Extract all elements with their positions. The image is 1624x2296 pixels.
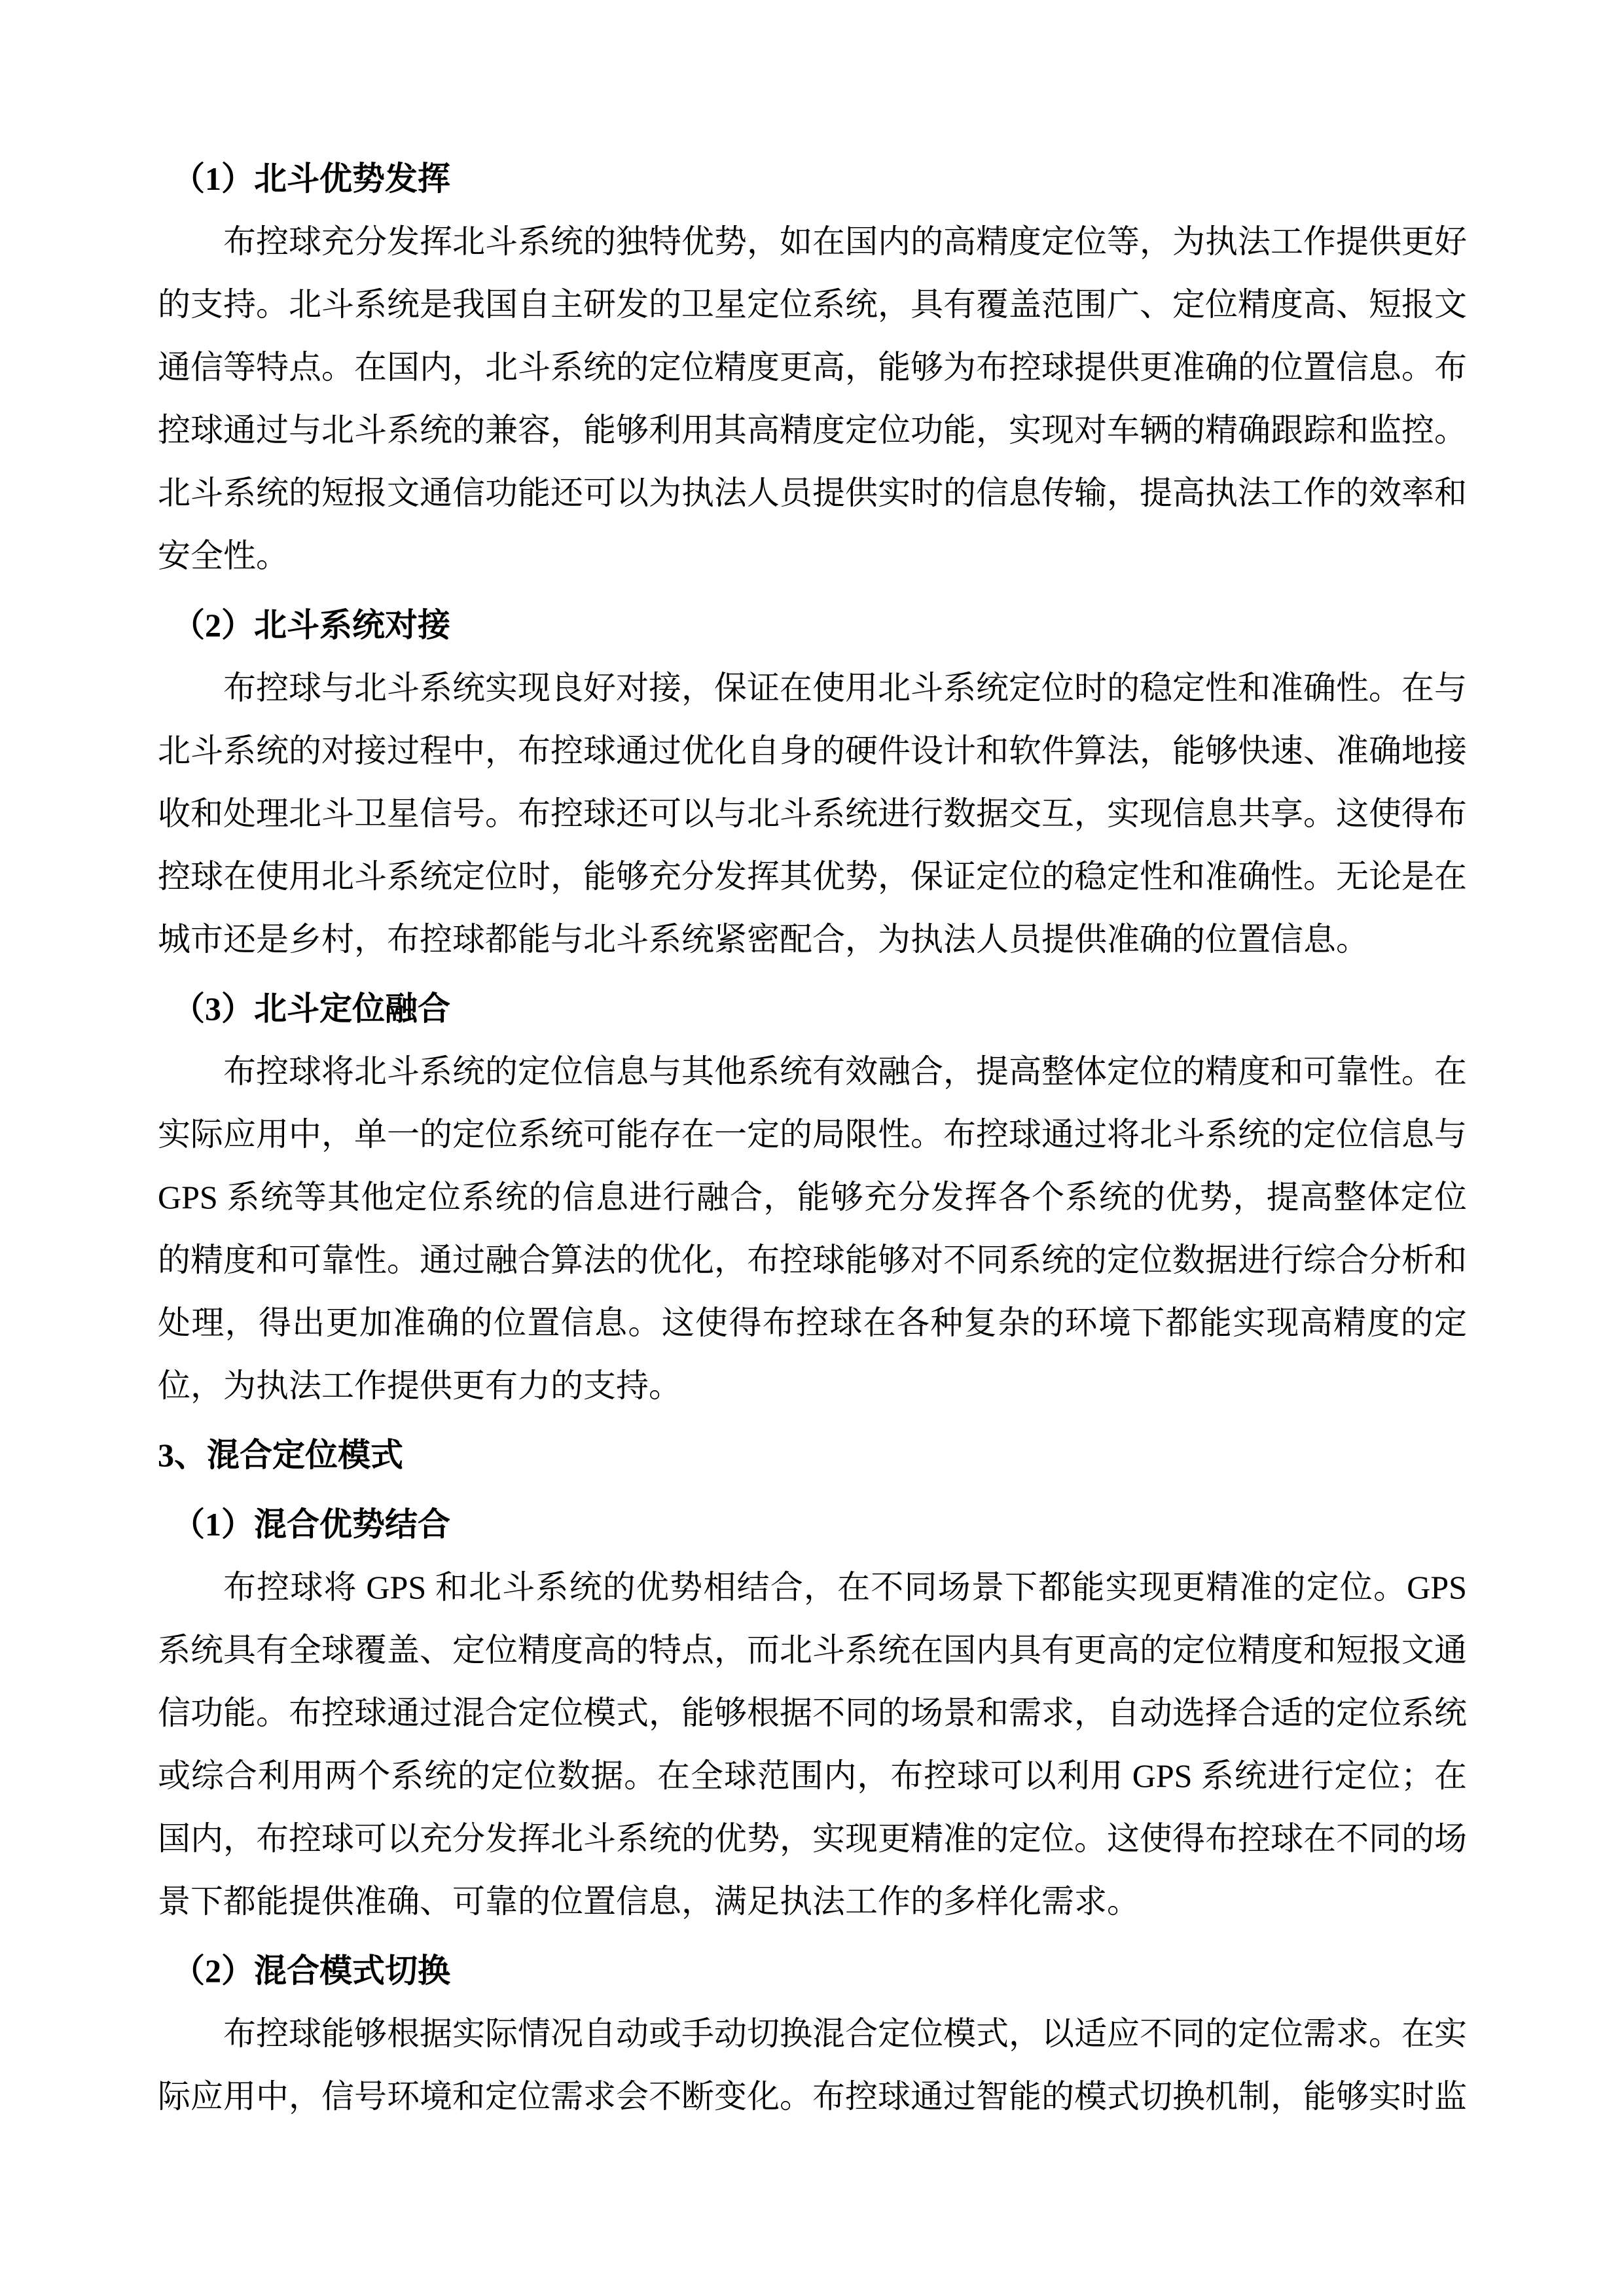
heading-beidou-advantage: （1）北斗优势发挥 bbox=[158, 147, 1467, 210]
paragraph-beidou-fusion: 布控球将北斗系统的定位信息与其他系统有效融合，提高整体定位的精度和可靠性。在实际… bbox=[158, 1040, 1467, 1417]
heading-beidou-docking: （2）北斗系统对接 bbox=[158, 594, 1467, 656]
paragraph-hybrid-advantage-combination: 布控球将 GPS 和北斗系统的优势相结合，在不同场景下都能实现更精准的定位。GP… bbox=[158, 1556, 1467, 1933]
heading-hybrid-advantage-combination: （1）混合优势结合 bbox=[158, 1493, 1467, 1556]
heading-hybrid-positioning-mode: 3、混合定位模式 bbox=[158, 1424, 1467, 1486]
heading-beidou-fusion: （3）北斗定位融合 bbox=[158, 977, 1467, 1040]
heading-hybrid-mode-switching: （2）混合模式切换 bbox=[158, 1939, 1467, 2002]
paragraph-hybrid-mode-switching: 布控球能够根据实际情况自动或手动切换混合定位模式，以适应不同的定位需求。在实际应… bbox=[158, 2002, 1467, 2128]
paragraph-beidou-docking: 布控球与北斗系统实现良好对接，保证在使用北斗系统定位时的稳定性和准确性。在与北斗… bbox=[158, 656, 1467, 971]
paragraph-beidou-advantage: 布控球充分发挥北斗系统的独特优势，如在国内的高精度定位等，为执法工作提供更好的支… bbox=[158, 210, 1467, 587]
document-page: （1）北斗优势发挥 布控球充分发挥北斗系统的独特优势，如在国内的高精度定位等，为… bbox=[0, 0, 1624, 2296]
